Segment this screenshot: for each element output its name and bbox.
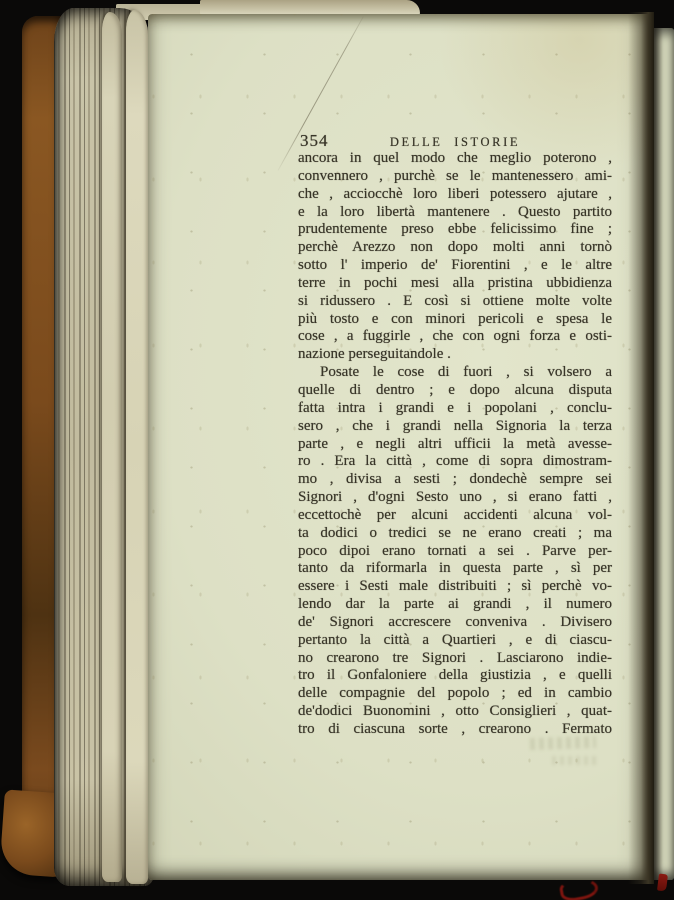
page-edge-band	[126, 10, 148, 884]
text-line: eccettochè per alcuni accidenti alcuna v…	[298, 507, 612, 525]
text-line: poco dipoi erano tornati a sei . Parve p…	[298, 543, 612, 561]
text-line: de'dodici Buonomini , otto Consiglieri ,…	[298, 703, 612, 721]
text-line: essere i Sesti male distribuiti ; sì per…	[298, 578, 612, 596]
text-line: mo , divisa a sesti ; dondechè sempre se…	[298, 471, 612, 489]
text-line: quelle di dentro ; e dopo alcuna disputa	[298, 382, 612, 400]
text-line: sero , che i grandi nella Signoria la te…	[298, 418, 612, 436]
bookmark-ribbon	[657, 874, 668, 892]
page-text: 354 DELLE ISTORIE ancora in quel modo ch…	[298, 132, 612, 739]
text-line: tro di ciascuna sorte , crearono . Ferma…	[298, 721, 612, 739]
page-edge-top	[200, 0, 420, 14]
text-line: che , acciocchè loro liberi potessero aj…	[298, 186, 612, 204]
text-line: si ridussero . E così si ottiene molte v…	[298, 293, 612, 311]
text-line: più tosto e con minori pericoli e spesa …	[298, 311, 612, 329]
text-line: e la loro libertà mantenere . Questo par…	[298, 204, 612, 222]
text-line: prudentemente preso ebbe felicissimo fin…	[298, 221, 612, 239]
text-line: Posate le cose di fuori , si volsero a	[298, 364, 612, 382]
text-line: nazione perseguitandole .	[298, 346, 612, 364]
text-line: lendo dar la parte ai grandi , il numero	[298, 596, 612, 614]
text-line: fatta intra i grandi e i popolani , conc…	[298, 400, 612, 418]
book-photo: 354 DELLE ISTORIE ancora in quel modo ch…	[0, 0, 674, 900]
text-line: sotto l' imperio de' Fiorentini , e le a…	[298, 257, 612, 275]
text-line: parte , e negli altri ufficii la metà av…	[298, 436, 612, 454]
facing-page-edge	[654, 28, 674, 880]
gutter-shadow	[628, 12, 654, 884]
page-header: 354 DELLE ISTORIE	[298, 132, 612, 150]
text-line: cose , a fuggirle , che con ogni forza e…	[298, 328, 612, 346]
text-line: terre in pochi mesi alla pristina ubbidi…	[298, 275, 612, 293]
text-line: de' Signori accrescere conveniva . Divis…	[298, 614, 612, 632]
page-edge-band	[102, 12, 122, 882]
text-line: convennero , purchè se le mantenessero a…	[298, 168, 612, 186]
text-line: Signori , d'ogni Sesto uno , si erano fa…	[298, 489, 612, 507]
text-line: pertanto la città a Quartieri , e di cia…	[298, 632, 612, 650]
text-line: ancora in quel modo che meglio poterono …	[298, 150, 612, 168]
text-line: ro . Era la città , come di sopra dimost…	[298, 453, 612, 471]
running-title: DELLE ISTORIE	[298, 135, 612, 149]
text-body: ancora in quel modo che meglio poterono …	[298, 150, 612, 739]
text-line: perchè Arezzo non dopo molti anni tornò	[298, 239, 612, 257]
text-line: tanto da riformarla in questa parte , sì…	[298, 560, 612, 578]
text-line: delle compagnie del popolo ; ed in cambi…	[298, 685, 612, 703]
text-line: tro il Gonfaloniere della giustizia , e …	[298, 667, 612, 685]
text-line: ta dodici o tredici se ne erano creati ;…	[298, 525, 612, 543]
text-line: no crearono tre Signori . Lasciarono ind…	[298, 650, 612, 668]
